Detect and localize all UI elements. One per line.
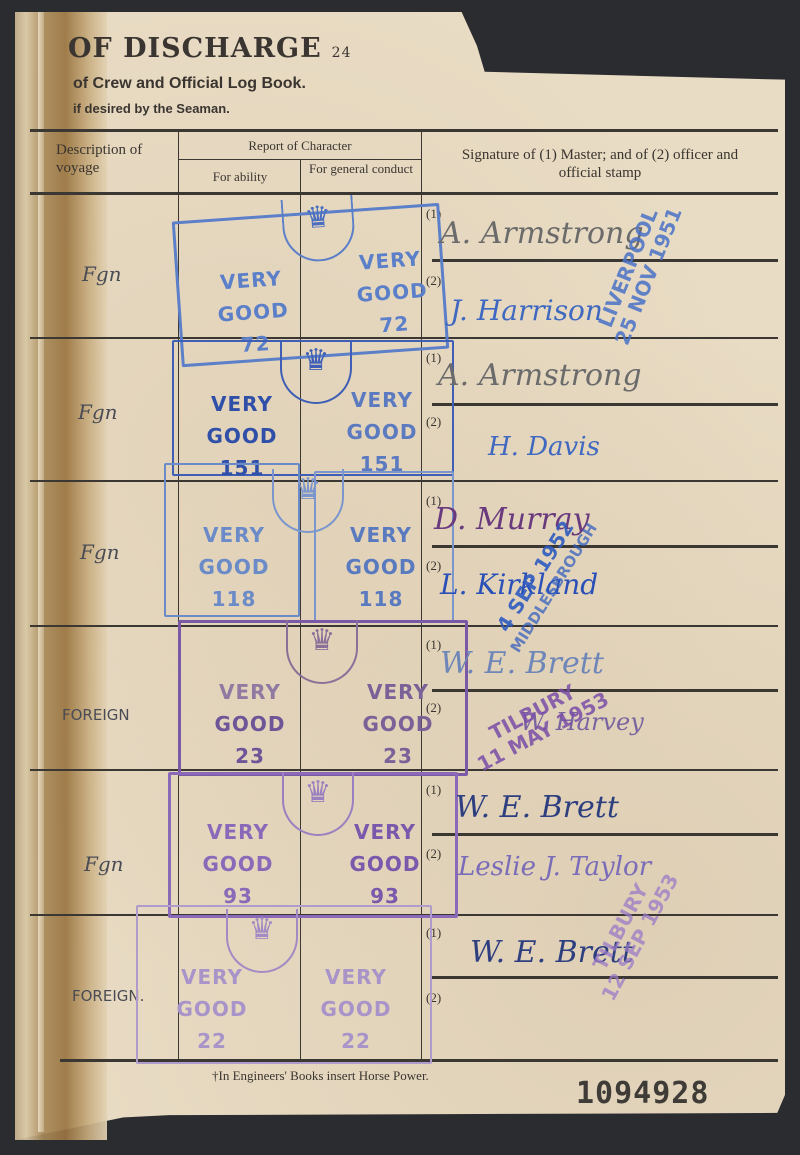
subtitle-seaman: if desired by the Seaman. bbox=[73, 101, 230, 116]
voyage-description: Fgn bbox=[78, 400, 118, 424]
officer-signature: J. Harrison bbox=[450, 294, 603, 327]
header-description: Description of voyage bbox=[56, 141, 176, 177]
crown-icon: ♛ bbox=[305, 778, 332, 808]
page-title: OF DISCHARGE24 bbox=[68, 33, 351, 64]
sig-sub-rule bbox=[432, 259, 778, 262]
crown-icon: ♛ bbox=[249, 915, 276, 945]
voyage-description: Fgn bbox=[80, 540, 120, 564]
crown-icon: ♛ bbox=[303, 346, 330, 376]
subtitle-crew-log: of Crew and Official Log Book. bbox=[73, 75, 306, 93]
sig-sub-rule bbox=[432, 403, 778, 406]
character-stamp-row-5: ♛ VERYGOOD93 VERYGOOD93 bbox=[168, 772, 458, 920]
voyage-description: FOREIGN. bbox=[72, 987, 144, 1005]
master-signature: W. E. Brett bbox=[455, 790, 619, 825]
voyage-description: Fgn bbox=[82, 262, 122, 286]
table-top-rule bbox=[30, 129, 778, 132]
master-signature: A. Armstrong bbox=[438, 358, 642, 393]
taped-spine bbox=[15, 12, 107, 1140]
spine-edge bbox=[38, 12, 44, 1132]
serial-number: 1094928 bbox=[576, 1076, 709, 1111]
sig-sub-rule bbox=[432, 689, 778, 692]
character-stamp-row-6: ♛ VERYGOOD22 VERYGOOD22 bbox=[136, 905, 436, 1065]
character-stamp-row-3: ♛ VERYGOOD118 VERYGOOD118 bbox=[164, 463, 454, 623]
master-signature: A. Armstrong bbox=[440, 216, 644, 251]
crown-icon: ♛ bbox=[295, 475, 322, 505]
voyage-description: Fgn bbox=[84, 852, 124, 876]
character-stamp-row-2: ♛ VERYGOOD151 VERYGOOD151 bbox=[172, 340, 457, 480]
page-number: 24 bbox=[332, 45, 352, 61]
crown-icon: ♛ bbox=[303, 202, 332, 234]
sig-sub-rule bbox=[432, 833, 778, 836]
header-for-ability: For ability bbox=[180, 170, 300, 184]
character-stamp-row-4: ♛ VERYGOOD23 VERYGOOD23 bbox=[178, 618, 468, 778]
voyage-description: FOREIGN bbox=[62, 706, 130, 724]
header-for-general-conduct: For general conduct bbox=[302, 162, 420, 176]
officer-signature: H. Davis bbox=[488, 432, 600, 462]
officer-signature: Leslie J. Taylor bbox=[458, 852, 651, 882]
header-report-of-character: Report of Character bbox=[180, 139, 420, 153]
crown-icon: ♛ bbox=[309, 626, 336, 656]
footnote: †In Engineers' Books insert Horse Power. bbox=[212, 1068, 429, 1084]
header-signature: Signature of (1) Master; and of (2) offi… bbox=[440, 146, 760, 182]
sig-sub-rule bbox=[432, 545, 778, 548]
